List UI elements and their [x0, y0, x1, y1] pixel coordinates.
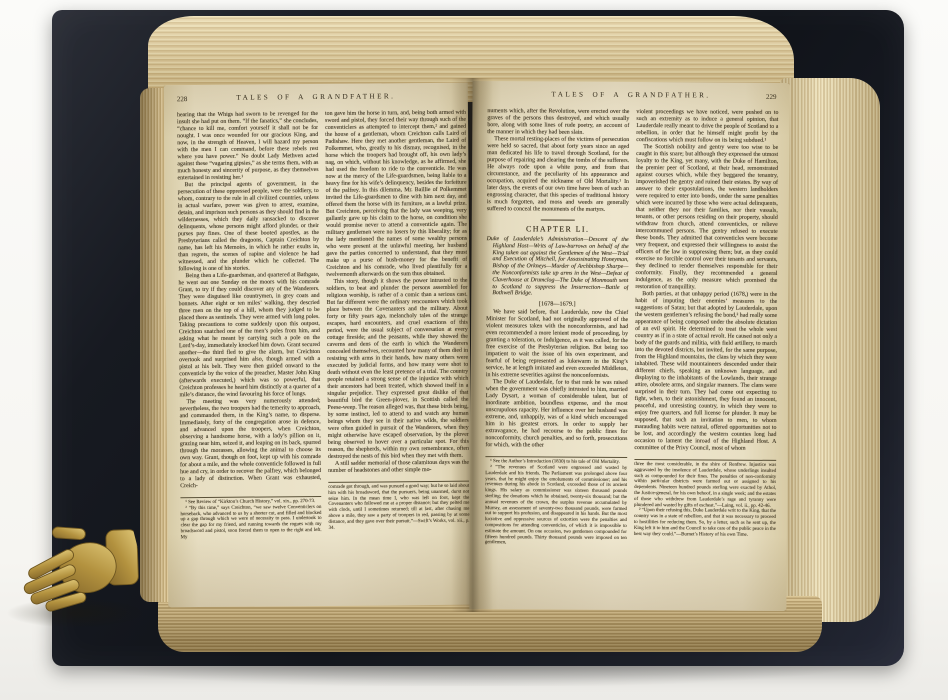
book-photo-scene: 228 TALES OF A GRANDFATHER. hearing that… — [0, 0, 948, 700]
running-title-left: TALES OF A GRANDFATHER. — [164, 92, 468, 103]
footnote: ² “By this time,” says Creichton, “we sa… — [180, 505, 321, 541]
footnote-divider — [180, 496, 321, 498]
paragraph: But the principal agents of government, … — [178, 181, 320, 273]
left-page-column-1: hearing that the Whigs had sworn to be r… — [177, 111, 322, 603]
left-page-header: 228 TALES OF A GRANDFATHER. — [164, 92, 468, 109]
footnote-divider — [634, 459, 776, 461]
right-page-column-1: numents which, after the Revolution, wer… — [484, 108, 629, 606]
paragraph: The meeting was very numerously attended… — [179, 398, 321, 490]
page-edges-right — [780, 78, 880, 622]
footnote-divider — [485, 456, 627, 458]
left-page-number: 228 — [177, 95, 188, 103]
paragraph: This story, though it shows the power in… — [326, 278, 469, 461]
section-divider — [541, 219, 575, 220]
left-page: 228 TALES OF A GRANDFATHER. hearing that… — [164, 83, 473, 608]
right-page: TALES OF A GRANDFATHER. 229 numents whic… — [469, 81, 789, 611]
right-page-number: 229 — [766, 93, 777, 101]
chapter-summary: Duke of Lauderdale’s Administration—Desc… — [486, 236, 628, 298]
running-title-right: TALES OF A GRANDFATHER. — [473, 90, 790, 100]
date-range: [1678—1679.] — [486, 300, 628, 308]
footnote: three the most considerable, in the shir… — [634, 462, 776, 509]
paragraph: numents which, after the Revolution, wer… — [487, 108, 629, 137]
paragraph: A still sadder memorial of those calamit… — [328, 460, 469, 475]
paragraph: These mortal resting-places of the victi… — [487, 136, 629, 214]
paragraph: ton gave him the horse in turn, and, bei… — [325, 110, 467, 279]
left-page-column-2: ton gave him the horse in turn, and, bei… — [325, 110, 470, 602]
footnote: comrade got through, and was pursued a g… — [328, 484, 469, 532]
paragraph: Both parties, at that unhappy period (16… — [634, 291, 777, 453]
paragraph: The Scottish nobility and gentry were to… — [635, 144, 778, 292]
footnote-divider — [328, 481, 469, 483]
paragraph: We have said before, that Lauderdale, no… — [486, 309, 628, 380]
paragraph: Being then a Life-guardsman, and quarter… — [178, 272, 320, 399]
paragraph: The Duke of Lauderdale, for to that rank… — [485, 379, 627, 450]
footnote: ² “Upon their refusing this, Duke Lauder… — [634, 508, 776, 538]
paragraph: hearing that the Whigs had sworn to be r… — [177, 111, 319, 182]
right-page-header: TALES OF A GRANDFATHER. 229 — [472, 90, 789, 106]
paragraph: violent proceedings we have noticed, wer… — [636, 109, 778, 145]
chapter-heading: CHAPTER LI. — [487, 224, 629, 234]
footnote: ² “The revenues of Scotland were engross… — [485, 465, 627, 547]
right-page-column-2: violent proceedings we have noticed, wer… — [633, 109, 778, 607]
